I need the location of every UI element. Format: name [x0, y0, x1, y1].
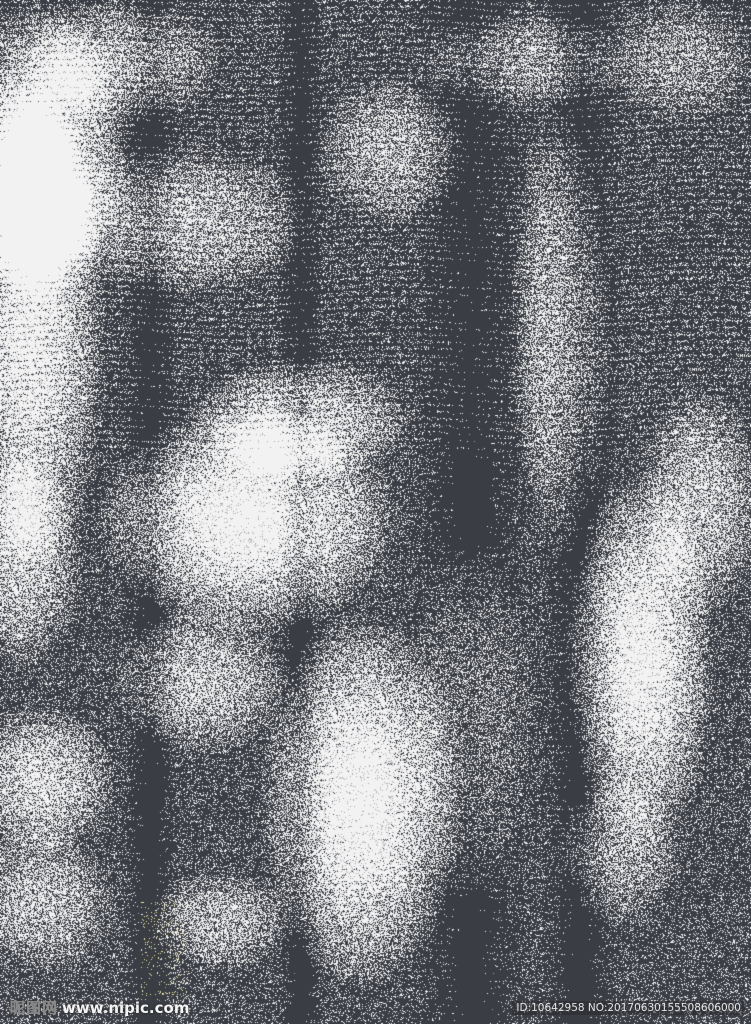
watermark-logo: 昵图网	[10, 997, 58, 1018]
grunge-texture-canvas	[0, 0, 751, 1024]
texture-image: 昵图网 www.nipic.com ID:10642958 NO:2017063…	[0, 0, 751, 1024]
watermark-site: 昵图网 www.nipic.com	[10, 997, 189, 1018]
watermark-url: www.nipic.com	[62, 999, 189, 1017]
watermark-id: ID:10642958 NO:20170630155508606000	[512, 1001, 745, 1015]
